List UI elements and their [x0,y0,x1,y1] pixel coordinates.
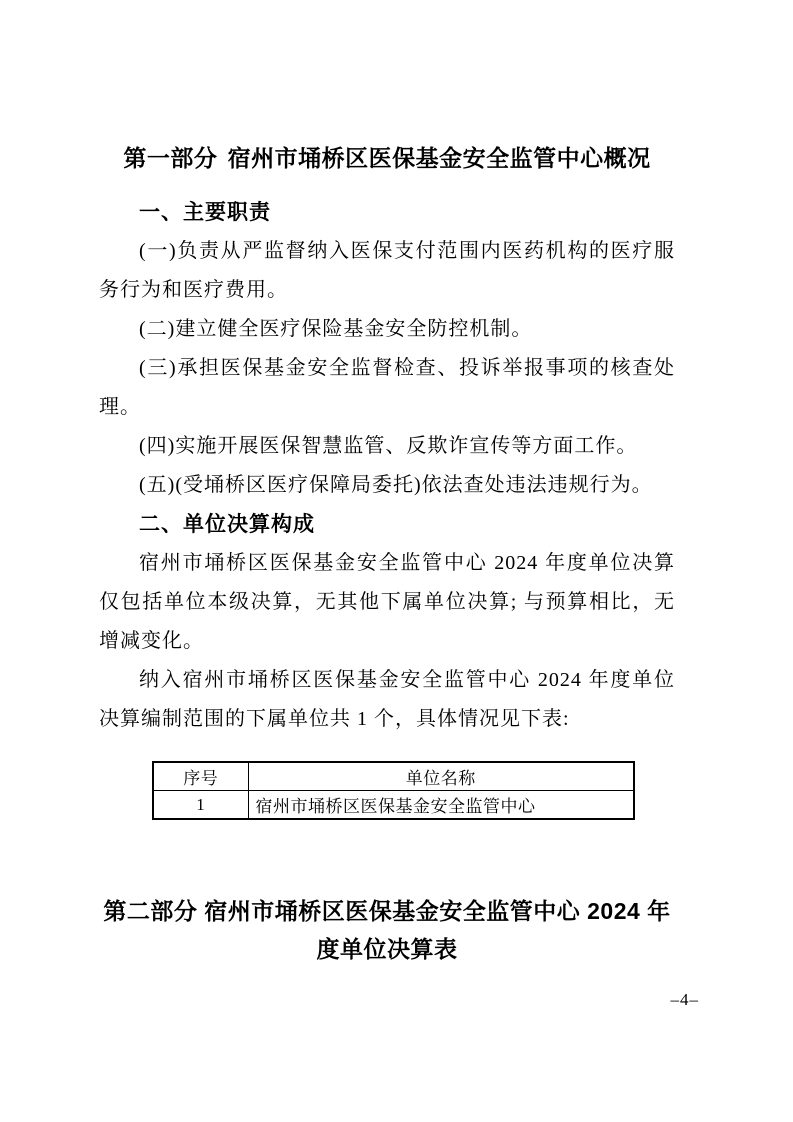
table-cell-index: 1 [153,791,248,820]
duty-item-2: (二)建立健全医疗保险基金安全防控机制。 [99,310,675,349]
table-header-index: 序号 [153,762,248,791]
duty-item-1: (一)负责从严监督纳入医保支付范围内医药机构的医疗服务行为和医疗费用。 [99,232,675,310]
table-header-unit-name: 单位名称 [248,762,634,791]
section1-heading: 一、主要职责 [99,193,675,232]
subordinate-units-table: 序号 单位名称 1 宿州市埇桥区医保基金安全监管中心 [152,761,635,820]
duty-item-5: (五)(受埇桥区医疗保障局委托)依法查处违法违规行为。 [99,466,675,505]
part1-title-suffix: 概况 [604,146,651,171]
part2-title: 第二部分 宿州市埇桥区医保基金安全监管中心 2024 年度单位决算表 [99,892,675,968]
composition-paragraph-2: 纳入宿州市埇桥区医保基金安全监管中心 2024 年度单位决算编制范围的下属单位共… [99,661,675,739]
duty-item-3: (三)承担医保基金安全监督检查、投诉举报事项的核查处理。 [99,349,675,427]
part1-title: 第一部分宿州市埇桥区医保基金安全监管中心概况 [99,140,675,177]
table-row: 1 宿州市埇桥区医保基金安全监管中心 [153,791,634,820]
table-header-row: 序号 单位名称 [153,762,634,791]
part1-title-prefix: 第一部分 [123,146,217,171]
composition-paragraph-1: 宿州市埇桥区医保基金安全监管中心 2024 年度单位决算仅包括单位本级决算，无其… [99,544,675,661]
part1-title-org: 宿州市埇桥区医保基金安全监管中心 [228,145,604,171]
table-cell-unit-name: 宿州市埇桥区医保基金安全监管中心 [248,791,634,820]
duty-item-4: (四)实施开展医保智慧监管、反欺诈宣传等方面工作。 [99,427,675,466]
section2-heading: 二、单位决算构成 [99,505,675,544]
page-number: –4– [671,990,700,1010]
document-page: 第一部分宿州市埇桥区医保基金安全监管中心概况 一、主要职责 (一)负责从严监督纳… [0,0,793,1122]
document-content: 第一部分宿州市埇桥区医保基金安全监管中心概况 一、主要职责 (一)负责从严监督纳… [0,0,793,968]
